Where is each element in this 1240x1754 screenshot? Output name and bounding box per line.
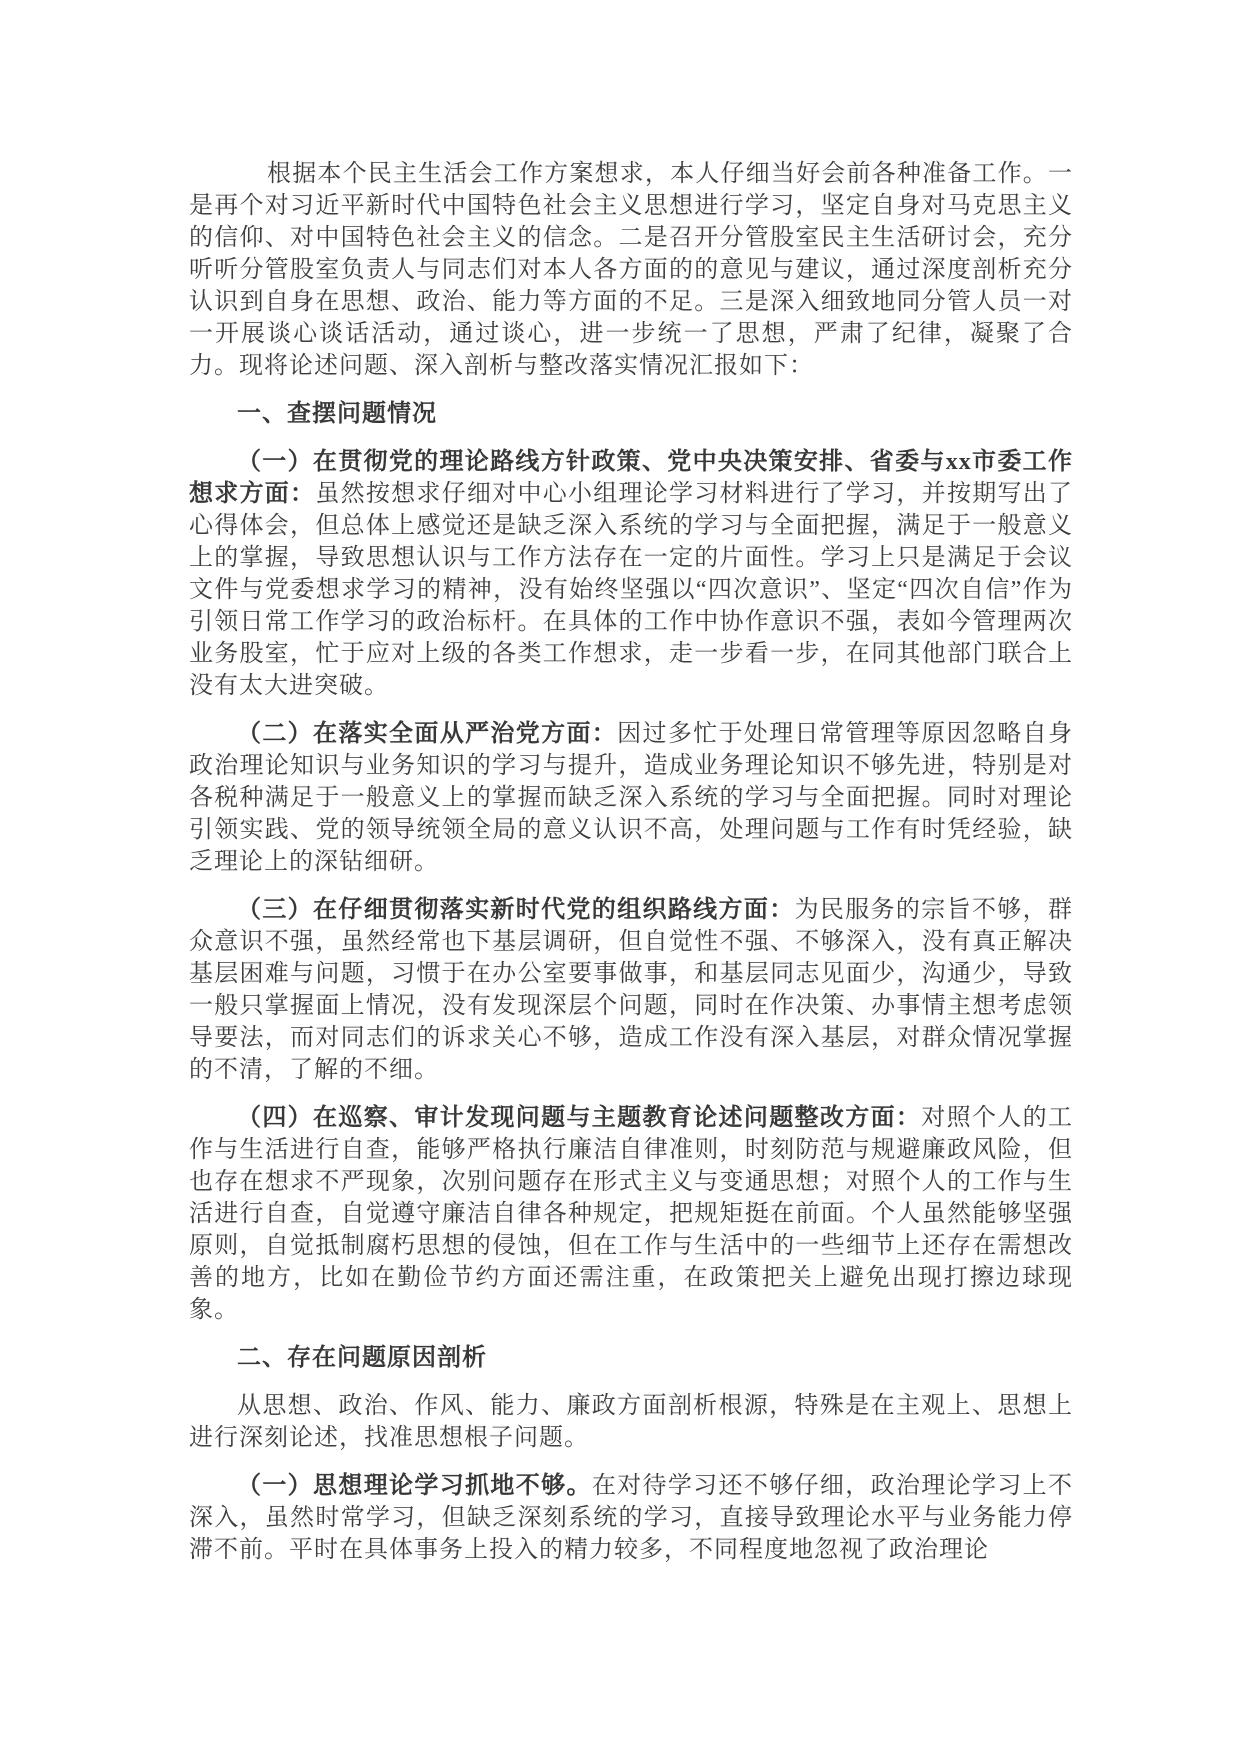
section-heading: 一、查摆问题情况 (189, 398, 1073, 430)
paragraph: （一）思想理论学习抓地不够。在对待学习还不够仔细，政治理论学习上不深入，虽然时常… (189, 1470, 1073, 1566)
paragraph-lead-bold: （二）在落实全面从严治党方面： (237, 721, 617, 747)
paragraph: （二）在落实全面从严治党方面：因过多忙于处理日常管理等原因忽略自身政治理论知识与… (189, 718, 1073, 878)
document-page: 根据本个民主生活会工作方案想求，本人仔细当好会前各种准备工作。一是再个对习近平新… (0, 0, 1240, 1754)
paragraph: 根据本个民主生活会工作方案想求，本人仔细当好会前各种准备工作。一是再个对习近平新… (189, 158, 1073, 382)
paragraph-lead-bold: （四）在巡察、审计发现问题与主题教育论述问题整改方面： (237, 1105, 921, 1131)
paragraph: （一）在贯彻党的理论路线方针政策、党中央决策安排、省委与xx市委工作想求方面：虽… (189, 446, 1073, 702)
paragraph-lead-bold: （三）在仔细贯彻落实新时代党的组织路线方面： (237, 897, 795, 923)
paragraph: （四）在巡察、审计发现问题与主题教育论述问题整改方面：对照个人的工作与生活进行自… (189, 1102, 1073, 1326)
paragraph-text: 为民服务的宗旨不够，群众意识不强，虽然经常也下基层调研，但自觉性不强、不够深入，… (189, 897, 1073, 1083)
paragraph: 从思想、政治、作风、能力、廉政方面剖析根源，特殊是在主观上、思想上进行深刻论述，… (189, 1390, 1073, 1454)
paragraph-text: 根据本个民主生活会工作方案想求，本人仔细当好会前各种准备工作。一是再个对习近平新… (189, 161, 1073, 379)
paragraph-text: 虽然按想求仔细对中心小组理论学习材料进行了学习，并按期写出了心得体会，但总体上感… (189, 481, 1073, 699)
paragraph-lead-bold: （一）思想理论学习抓地不够。 (237, 1473, 592, 1499)
paragraph-text: 对照个人的工作与生活进行自查，能够严格执行廉洁自律准则，时刻防范与规避廉政风险，… (189, 1105, 1073, 1323)
paragraph: （三）在仔细贯彻落实新时代党的组织路线方面：为民服务的宗旨不够，群众意识不强，虽… (189, 894, 1073, 1086)
paragraph-text: 从思想、政治、作风、能力、廉政方面剖析根源，特殊是在主观上、思想上进行深刻论述，… (189, 1393, 1073, 1451)
document-body: 根据本个民主生活会工作方案想求，本人仔细当好会前各种准备工作。一是再个对习近平新… (189, 158, 1073, 1582)
section-heading: 二、存在问题原因剖析 (189, 1342, 1073, 1374)
